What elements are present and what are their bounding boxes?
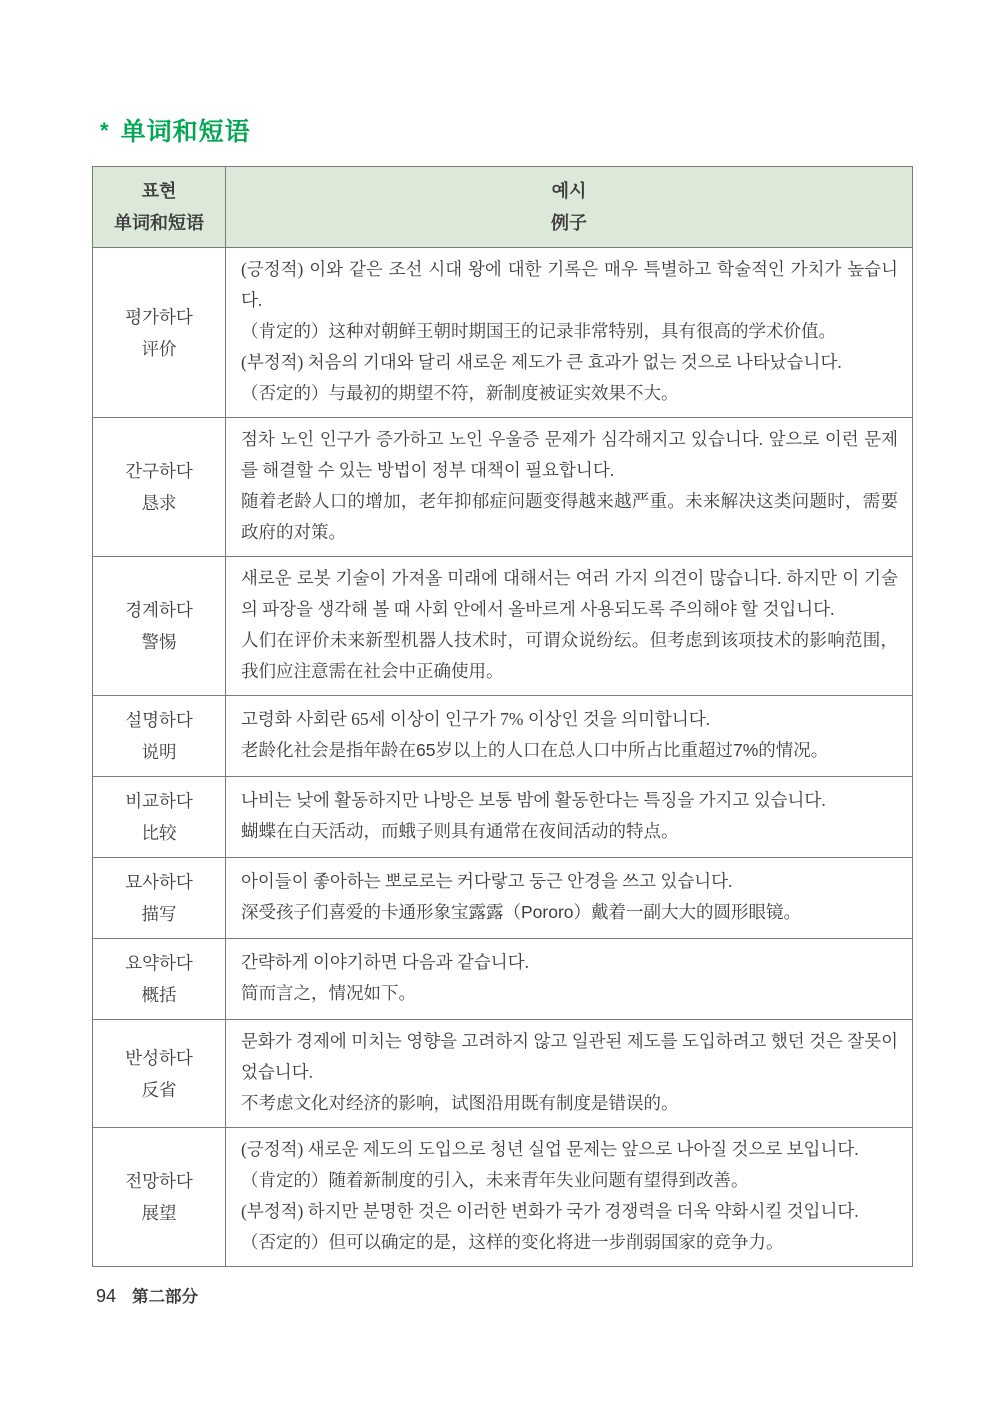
example-line: 深受孩子们喜爱的卡通形象宝露露（Pororo）戴着一副大大的圆形眼镜。 <box>241 897 898 928</box>
expression-cell: 요약하다 概括 <box>93 939 226 1020</box>
example-cell: 나비는 낮에 활동하지만 나방은 보통 밤에 활동한다는 특징을 가지고 있습니… <box>226 777 913 858</box>
expression-cell: 반성하다 反省 <box>93 1020 226 1128</box>
asterisk-icon: * <box>100 118 109 144</box>
expression-chinese: 反省 <box>97 1074 221 1106</box>
expression-cell: 경계하다 警惕 <box>93 557 226 696</box>
table-row: 간구하다 恳求 점차 노인 인구가 증가하고 노인 우울증 문제가 심각해지고 … <box>93 418 913 557</box>
expression-korean: 설명하다 <box>97 704 221 736</box>
example-line: 蝴蝶在白天活动，而蛾子则具有通常在夜间活动的特点。 <box>241 816 898 847</box>
example-line: （否定的）但可以确定的是，这样的变化将进一步削弱国家的竞争力。 <box>241 1227 898 1258</box>
expression-chinese: 恳求 <box>97 487 221 519</box>
table-row: 평가하다 评价 (긍정적) 이와 같은 조선 시대 왕에 대한 기록은 매우 특… <box>93 248 913 418</box>
example-cell: 문화가 경제에 미치는 영향을 고려하지 않고 일관된 제도를 도입하려고 했던… <box>226 1020 913 1128</box>
expression-chinese: 概括 <box>97 979 221 1011</box>
example-cell: (긍정적) 새로운 제도의 도입으로 청년 실업 문제는 앞으로 나아질 것으로… <box>226 1128 913 1267</box>
example-line: 아이들이 좋아하는 뽀로로는 커다랗고 둥근 안경을 쓰고 있습니다. <box>241 866 898 897</box>
table-header-row: 표현 单词和短语 예시 例子 <box>93 167 913 248</box>
expression-cell: 간구하다 恳求 <box>93 418 226 557</box>
example-line: 老龄化社会是指年龄在65岁以上的人口在总人口中所占比重超过7%的情况。 <box>241 735 898 766</box>
example-line: (부정적) 처음의 기대와 달리 새로운 제도가 큰 효과가 없는 것으로 나타… <box>241 347 898 378</box>
example-cell: 점차 노인 인구가 증가하고 노인 우울증 문제가 심각해지고 있습니다. 앞으… <box>226 418 913 557</box>
example-line: （肯定的）这种对朝鲜王朝时期国王的记录非常特别，具有很高的学术价值。 <box>241 316 898 347</box>
header-expression-chinese: 单词和短语 <box>99 207 219 239</box>
example-cell: 간략하게 이야기하면 다음과 같습니다.简而言之，情况如下。 <box>226 939 913 1020</box>
example-line: 고령화 사회란 65세 이상이 인구가 7% 이상인 것을 의미합니다. <box>241 704 898 735</box>
expression-korean: 묘사하다 <box>97 866 221 898</box>
expression-korean: 요약하다 <box>97 947 221 979</box>
example-line: 简而言之，情况如下。 <box>241 978 898 1009</box>
header-expression-cell: 표현 单词和短语 <box>93 167 226 248</box>
table-row: 경계하다 警惕 새로운 로봇 기술이 가져올 미래에 대해서는 여러 가지 의견… <box>93 557 913 696</box>
section-title-row: * 单词和短语 <box>92 112 913 148</box>
header-expression-korean: 표현 <box>99 175 219 207</box>
expression-korean: 경계하다 <box>97 594 221 626</box>
expression-chinese: 描写 <box>97 898 221 930</box>
page-title: 单词和短语 <box>121 112 251 148</box>
table-row: 설명하다 说明 고령화 사회란 65세 이상이 인구가 7% 이상인 것을 의미… <box>93 696 913 777</box>
table-row: 전망하다 展望 (긍정적) 새로운 제도의 도입으로 청년 실업 문제는 앞으로… <box>93 1128 913 1267</box>
vocabulary-table: 표현 单词和短语 예시 例子 평가하다 评价 (긍정적) 이와 같은 조선 시대… <box>92 166 913 1267</box>
expression-chinese: 评价 <box>97 333 221 365</box>
example-line: （肯定的）随着新制度的引入，未来青年失业问题有望得到改善。 <box>241 1165 898 1196</box>
header-example-cell: 예시 例子 <box>226 167 913 248</box>
section-name: 第二部分 <box>132 1283 198 1307</box>
table-row: 반성하다 反省 문화가 경제에 미치는 영향을 고려하지 않고 일관된 제도를 … <box>93 1020 913 1128</box>
example-line: 나비는 낮에 활동하지만 나방은 보통 밤에 활동한다는 특징을 가지고 있습니… <box>241 785 898 816</box>
expression-korean: 평가하다 <box>97 301 221 333</box>
example-line: 간략하게 이야기하면 다음과 같습니다. <box>241 947 898 978</box>
page-footer: 94 第二部分 <box>92 1283 913 1307</box>
expression-cell: 비교하다 比较 <box>93 777 226 858</box>
example-cell: 아이들이 좋아하는 뽀로로는 커다랗고 둥근 안경을 쓰고 있습니다.深受孩子们… <box>226 858 913 939</box>
header-example-chinese: 例子 <box>232 207 906 239</box>
expression-cell: 전망하다 展望 <box>93 1128 226 1267</box>
example-cell: 고령화 사회란 65세 이상이 인구가 7% 이상인 것을 의미합니다.老龄化社… <box>226 696 913 777</box>
expression-korean: 반성하다 <box>97 1042 221 1074</box>
expression-chinese: 比较 <box>97 817 221 849</box>
expression-cell: 설명하다 说明 <box>93 696 226 777</box>
example-line: 새로운 로봇 기술이 가져올 미래에 대해서는 여러 가지 의견이 많습니다. … <box>241 563 898 625</box>
example-line: (부정적) 하지만 분명한 것은 이러한 변화가 국가 경쟁력을 더욱 약화시킬… <box>241 1196 898 1227</box>
expression-cell: 평가하다 评价 <box>93 248 226 418</box>
table-row: 요약하다 概括 간략하게 이야기하면 다음과 같습니다.简而言之，情况如下。 <box>93 939 913 1020</box>
table-row: 묘사하다 描写 아이들이 좋아하는 뽀로로는 커다랗고 둥근 안경을 쓰고 있습… <box>93 858 913 939</box>
expression-cell: 묘사하다 描写 <box>93 858 226 939</box>
example-line: 不考虑文化对经济的影响，试图沿用既有制度是错误的。 <box>241 1088 898 1119</box>
example-cell: (긍정적) 이와 같은 조선 시대 왕에 대한 기록은 매우 특별하고 학술적인… <box>226 248 913 418</box>
table-row: 비교하다 比较 나비는 낮에 활동하지만 나방은 보통 밤에 활동한다는 특징을… <box>93 777 913 858</box>
expression-chinese: 说明 <box>97 736 221 768</box>
example-line: 人们在评价未来新型机器人技术时，可谓众说纷纭。但考虑到该项技术的影响范围，我们应… <box>241 625 898 687</box>
expression-korean: 전망하다 <box>97 1165 221 1197</box>
page-number: 94 <box>96 1286 116 1307</box>
example-line: 随着老龄人口的增加，老年抑郁症问题变得越来越严重。未来解决这类问题时，需要政府的… <box>241 486 898 548</box>
expression-chinese: 展望 <box>97 1197 221 1229</box>
example-line: （否定的）与最初的期望不符，新制度被证实效果不大。 <box>241 378 898 409</box>
example-line: 점차 노인 인구가 증가하고 노인 우울증 문제가 심각해지고 있습니다. 앞으… <box>241 424 898 486</box>
example-line: 문화가 경제에 미치는 영향을 고려하지 않고 일관된 제도를 도입하려고 했던… <box>241 1026 898 1088</box>
expression-korean: 간구하다 <box>97 455 221 487</box>
example-line: (긍정적) 이와 같은 조선 시대 왕에 대한 기록은 매우 특별하고 학술적인… <box>241 254 898 316</box>
example-cell: 새로운 로봇 기술이 가져올 미래에 대해서는 여러 가지 의견이 많습니다. … <box>226 557 913 696</box>
header-example-korean: 예시 <box>232 175 906 207</box>
expression-chinese: 警惕 <box>97 626 221 658</box>
example-line: (긍정적) 새로운 제도의 도입으로 청년 실업 문제는 앞으로 나아질 것으로… <box>241 1134 898 1165</box>
document-page: * 单词和短语 표현 单词和短语 예시 例子 평가하다 评价 (긍정적) 이와 … <box>0 0 1005 1404</box>
expression-korean: 비교하다 <box>97 785 221 817</box>
